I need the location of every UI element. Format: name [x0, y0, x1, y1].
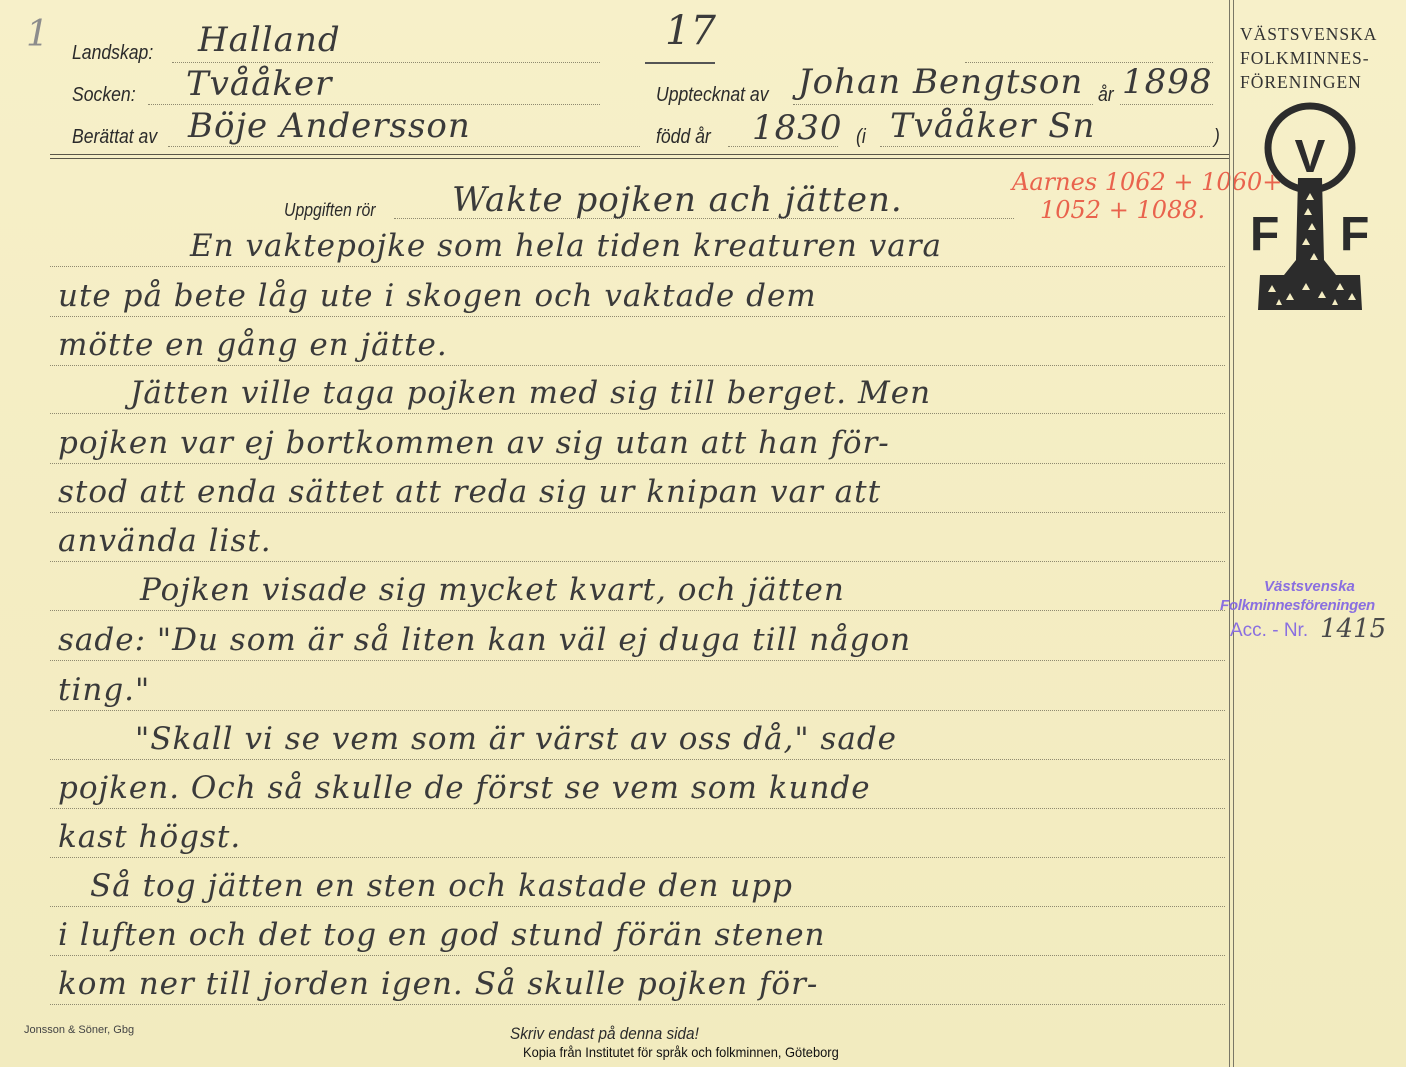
body-line: pojken var ej bortkommen av sig utan att… — [58, 425, 890, 461]
ruled-line — [50, 561, 1225, 562]
body-line: kom ner till jorden igen. Så skulle pojk… — [58, 966, 818, 1002]
body-line: "Skall vi se vem som är värst av oss då,… — [135, 721, 897, 757]
thors-hammer-logo-icon: V F F — [1240, 100, 1380, 320]
stamp-line1: Västsvenska — [1264, 578, 1355, 595]
ruled-line — [50, 710, 1225, 711]
landskap-value: Halland — [198, 20, 341, 60]
berattat-av-value: Böje Andersson — [188, 106, 471, 146]
body-line: i luften och det tog en god stund förän … — [58, 917, 826, 953]
uppgiften-ror-label: Uppgiften rör — [284, 200, 376, 221]
copy-notice: Kopia från Institutet för språk och folk… — [523, 1044, 839, 1060]
body-line: Jätten ville taga pojken med sig till be… — [130, 375, 931, 411]
body-line: sade: "Du som är så liten kan väl ej dug… — [58, 622, 911, 658]
body-line: ute på bete låg ute i skogen och vaktade… — [58, 278, 817, 314]
socken-dotline — [148, 104, 600, 105]
ruled-line — [50, 1004, 1225, 1005]
fodd-i-close-label: ) — [1214, 126, 1220, 149]
org-title-line: FOLKMINNES- — [1240, 46, 1400, 70]
panel-divider-left — [1229, 0, 1230, 1067]
upptecknat-av-value: Johan Bengtson — [798, 62, 1083, 102]
org-title-line: VÄSTSVENSKA — [1240, 22, 1400, 46]
stamp-line2: Folkminnesföreningen — [1220, 597, 1375, 614]
ruled-line — [50, 906, 1225, 907]
archive-record-card: 1 17 Landskap: Halland Socken: Tvååker B… — [0, 0, 1406, 1067]
footer-instruction: Skriv endast på denna sida! — [510, 1024, 699, 1044]
logo-letter-f-right: F — [1340, 208, 1369, 261]
body-line: kast högst. — [58, 819, 241, 855]
landskap-dotline — [172, 62, 600, 63]
ruled-line — [50, 463, 1225, 464]
accession-number: 1415 — [1320, 614, 1386, 644]
org-title: VÄSTSVENSKA FOLKMINNES- FÖRENINGEN — [1240, 22, 1400, 94]
socken-label: Socken: — [72, 84, 136, 107]
ruled-line — [50, 857, 1225, 858]
header-rule-top — [50, 154, 1230, 155]
ar-label: år — [1098, 84, 1114, 107]
stamp-line3: Acc. - Nr. — [1230, 620, 1308, 642]
logo-letter-f-left: F — [1250, 208, 1279, 261]
ruled-line — [50, 955, 1225, 956]
ruled-line — [50, 660, 1225, 661]
ruled-line — [50, 759, 1225, 760]
body-line: stod att enda sättet att reda sig ur kni… — [58, 474, 881, 510]
ruled-line — [50, 266, 1225, 267]
fodd-i-open-label: (i — [856, 126, 866, 149]
fodd-i-value: Tvååker Sn — [890, 106, 1095, 146]
header-rule-bottom — [50, 158, 1230, 159]
landskap-label: Landskap: — [72, 42, 153, 65]
org-title-line: FÖRENINGEN — [1240, 70, 1400, 94]
ruled-line — [50, 365, 1225, 366]
upptecknat-av-dotline — [793, 104, 1093, 105]
page-number: 17 — [665, 8, 716, 54]
ruled-line — [50, 413, 1225, 414]
body-line: En vaktepojke som hela tiden kreaturen v… — [190, 228, 942, 264]
margin-mark: 1 — [26, 14, 49, 55]
ar-dotline — [1120, 104, 1213, 105]
body-line: mötte en gång en jätte. — [58, 327, 448, 363]
ar-value: 1898 — [1122, 62, 1213, 102]
uppgiften-ror-value: Wakte pojken ach jätten. — [452, 180, 903, 220]
logo-letter-v: V — [1295, 130, 1326, 182]
ruled-line — [50, 512, 1225, 513]
upptecknat-av-label: Upptecknat av — [656, 84, 769, 107]
body-line: Så tog jätten en sten och kastade den up… — [90, 868, 793, 904]
body-line: Pojken visade sig mycket kvart, och jätt… — [140, 572, 845, 608]
body-line: pojken. Och så skulle de först se vem so… — [58, 770, 871, 806]
body-line: använda list. — [58, 523, 272, 559]
socken-value: Tvååker — [186, 64, 332, 104]
fodd-ar-value: 1830 — [752, 108, 843, 148]
berattat-av-dotline — [168, 146, 640, 147]
printer-credit: Jonsson & Söner, Gbg — [24, 1024, 134, 1036]
ruled-line — [50, 610, 1225, 611]
page-number-underline — [645, 62, 715, 64]
fodd-ar-label: född år — [656, 126, 711, 149]
body-line: ting." — [58, 672, 150, 708]
panel-divider-right — [1233, 0, 1234, 1067]
ruled-line — [50, 316, 1225, 317]
berattat-av-label: Berättat av — [72, 126, 157, 149]
fodd-i-dotline — [880, 146, 1210, 147]
ruled-line — [50, 808, 1225, 809]
red-annotation-line2: 1052 + 1088. — [1040, 196, 1205, 224]
